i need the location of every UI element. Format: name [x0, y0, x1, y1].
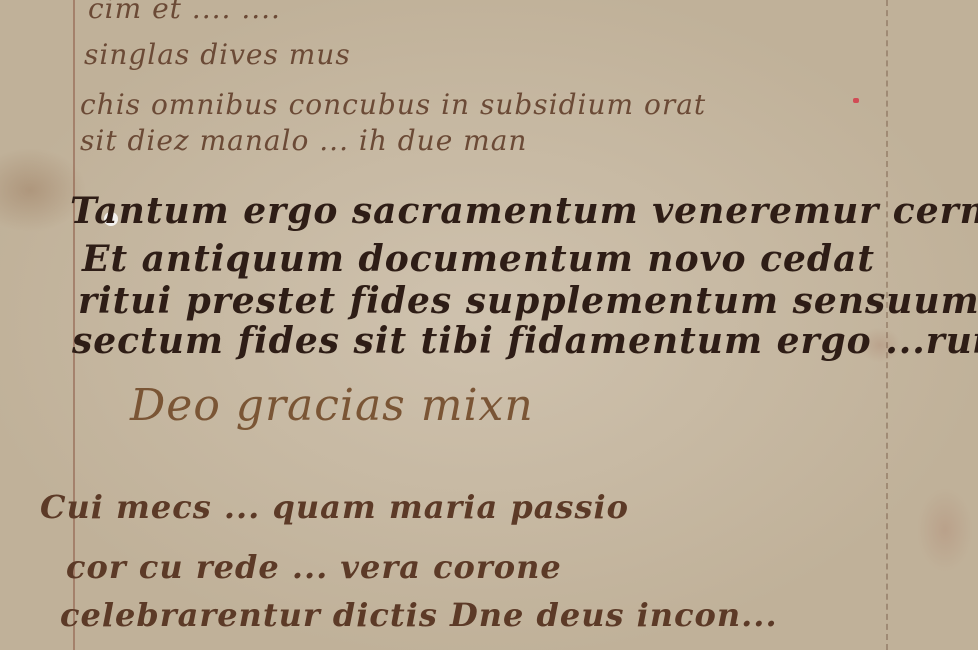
lower-text-line: Cui mecs ... quam maria passio	[40, 488, 629, 526]
lower-text-line: cor cu rede ... vera corone	[66, 548, 562, 586]
red-ink-mark	[853, 98, 859, 103]
upper-text-line: sit diez manalo ... ih due man	[80, 124, 527, 157]
rubric-line: Deo gracias mixn	[130, 380, 534, 431]
lower-text-line: celebrarentur dictis Dne deus incon...	[60, 596, 778, 634]
hymn-line: ritui prestet fides supplementum sensuum…	[78, 280, 978, 322]
hymn-line: Tantum ergo sacramentum veneremur cernui	[70, 190, 978, 232]
upper-text-line: cim et .... ....	[88, 0, 281, 25]
hymn-line: Et antiquum documentum novo cedat	[82, 238, 875, 280]
upper-text-line: chis omnibus concubus in subsidium orat	[80, 88, 706, 121]
hymn-line: sectum fides sit tibi fidamentum ergo ..…	[72, 320, 978, 362]
upper-text-line: singlas dives mus	[84, 38, 351, 71]
